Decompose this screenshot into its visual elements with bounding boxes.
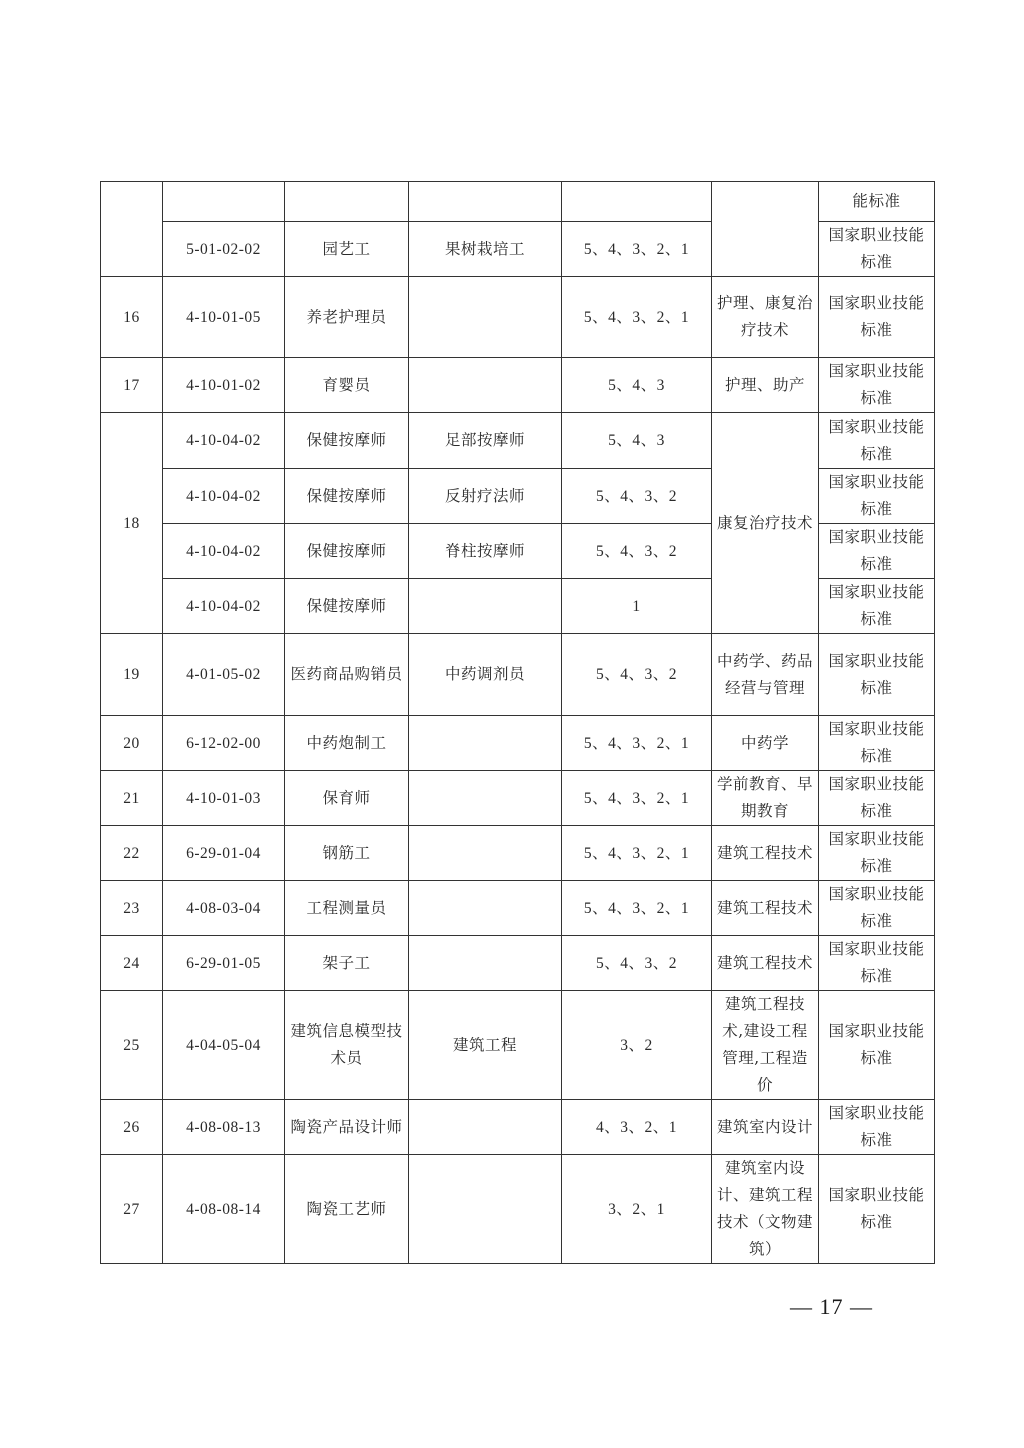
cell-levels: 3、2、1 [562, 1155, 712, 1264]
cell-major: 建筑工程技术,建设工程管理,工程造价 [712, 991, 819, 1100]
cell-name: 育婴员 [285, 358, 409, 413]
document-page: 能标准 5-01-02-02 园艺工 果树栽培工 5、4、3、2、1 国家职业技… [0, 0, 1024, 1448]
cell-no: 25 [101, 991, 163, 1100]
cell-code: 4-10-04-02 [163, 469, 285, 524]
cell-sub [409, 771, 562, 826]
table-row: 18 4-10-04-02 保健按摩师 足部按摩师 5、4、3 康复治疗技术 国… [101, 413, 935, 469]
cell-code: 4-10-01-03 [163, 771, 285, 826]
cell-no: 23 [101, 881, 163, 936]
cell-sub [409, 716, 562, 771]
table-row: 17 4-10-01-02 育婴员 5、4、3 护理、助产 国家职业技能标准 [101, 358, 935, 413]
cell-name: 建筑信息模型技术员 [285, 991, 409, 1100]
cell-sub [409, 936, 562, 991]
cell-no: 22 [101, 826, 163, 881]
table-row: 16 4-10-01-05 养老护理员 5、4、3、2、1 护理、康复治疗技术 … [101, 277, 935, 358]
cell-standard: 国家职业技能标准 [819, 881, 935, 936]
cell-standard: 国家职业技能标准 [819, 579, 935, 634]
cell-no: 17 [101, 358, 163, 413]
table-row: 24 6-29-01-05 架子工 5、4、3、2 建筑工程技术 国家职业技能标… [101, 936, 935, 991]
cell-sub [409, 182, 562, 222]
cell-levels: 5、4、3、2、1 [562, 771, 712, 826]
cell-major: 建筑工程技术 [712, 936, 819, 991]
cell-sub [409, 826, 562, 881]
cell-sub: 建筑工程 [409, 991, 562, 1100]
cell-levels: 5、4、3、2、1 [562, 222, 712, 277]
cell-standard: 国家职业技能标准 [819, 469, 935, 524]
cell-levels: 5、4、3、2、1 [562, 716, 712, 771]
cell-levels [562, 182, 712, 222]
cell-levels: 5、4、3、2、1 [562, 277, 712, 358]
cell-standard: 国家职业技能标准 [819, 936, 935, 991]
cell-no: 20 [101, 716, 163, 771]
cell-major: 康复治疗技术 [712, 413, 819, 634]
cell-levels: 5、4、3、2 [562, 936, 712, 991]
cell-major: 建筑室内设计 [712, 1100, 819, 1155]
cell-no: 16 [101, 277, 163, 358]
cell-standard: 国家职业技能标准 [819, 413, 935, 469]
cell-name: 保健按摩师 [285, 469, 409, 524]
cell-levels: 4、3、2、1 [562, 1100, 712, 1155]
cell-name: 保健按摩师 [285, 524, 409, 579]
cell-standard: 国家职业技能标准 [819, 1155, 935, 1264]
cell-no: 19 [101, 634, 163, 716]
table-row: 22 6-29-01-04 钢筋工 5、4、3、2、1 建筑工程技术 国家职业技… [101, 826, 935, 881]
cell-sub: 果树栽培工 [409, 222, 562, 277]
cell-name: 养老护理员 [285, 277, 409, 358]
cell-code: 5-01-02-02 [163, 222, 285, 277]
cell-name: 陶瓷工艺师 [285, 1155, 409, 1264]
cell-name: 保健按摩师 [285, 413, 409, 469]
cell-levels: 5、4、3 [562, 358, 712, 413]
cell-standard: 国家职业技能标准 [819, 634, 935, 716]
table-row: 27 4-08-08-14 陶瓷工艺师 3、2、1 建筑室内设计、建筑工程技术（… [101, 1155, 935, 1264]
cell-code: 4-10-01-02 [163, 358, 285, 413]
cell-sub [409, 358, 562, 413]
cell-name: 钢筋工 [285, 826, 409, 881]
cell-code: 4-10-04-02 [163, 413, 285, 469]
cell-sub [409, 579, 562, 634]
cell-standard: 国家职业技能标准 [819, 1100, 935, 1155]
cell-major: 建筑室内设计、建筑工程技术（文物建筑） [712, 1155, 819, 1264]
cell-no [101, 182, 163, 277]
cell-name: 保育师 [285, 771, 409, 826]
cell-sub [409, 881, 562, 936]
occupation-standards-table: 能标准 5-01-02-02 园艺工 果树栽培工 5、4、3、2、1 国家职业技… [100, 181, 935, 1264]
cell-code: 4-10-01-05 [163, 277, 285, 358]
cell-code: 4-04-05-04 [163, 991, 285, 1100]
cell-name: 中药炮制工 [285, 716, 409, 771]
cell-levels: 5、4、3、2 [562, 469, 712, 524]
cell-code: 4-08-03-04 [163, 881, 285, 936]
cell-standard: 国家职业技能标准 [819, 277, 935, 358]
cell-sub: 中药调剂员 [409, 634, 562, 716]
table-row: 20 6-12-02-00 中药炮制工 5、4、3、2、1 中药学 国家职业技能… [101, 716, 935, 771]
cell-code [163, 182, 285, 222]
cell-name: 保健按摩师 [285, 579, 409, 634]
cell-standard: 国家职业技能标准 [819, 222, 935, 277]
cell-no: 21 [101, 771, 163, 826]
cell-no: 27 [101, 1155, 163, 1264]
cell-code: 4-08-08-13 [163, 1100, 285, 1155]
cell-code: 4-10-04-02 [163, 579, 285, 634]
cell-name: 园艺工 [285, 222, 409, 277]
cell-code: 6-12-02-00 [163, 716, 285, 771]
cell-sub: 反射疗法师 [409, 469, 562, 524]
cell-major: 护理、助产 [712, 358, 819, 413]
cell-name [285, 182, 409, 222]
cell-major: 中药学、药品经营与管理 [712, 634, 819, 716]
cell-standard: 国家职业技能标准 [819, 358, 935, 413]
table-row: 25 4-04-05-04 建筑信息模型技术员 建筑工程 3、2 建筑工程技术,… [101, 991, 935, 1100]
cell-major: 学前教育、早期教育 [712, 771, 819, 826]
cell-standard: 国家职业技能标准 [819, 524, 935, 579]
cell-sub [409, 1155, 562, 1264]
table-row: 26 4-08-08-13 陶瓷产品设计师 4、3、2、1 建筑室内设计 国家职… [101, 1100, 935, 1155]
cell-standard: 能标准 [819, 182, 935, 222]
cell-code: 4-08-08-14 [163, 1155, 285, 1264]
table-row: 23 4-08-03-04 工程测量员 5、4、3、2、1 建筑工程技术 国家职… [101, 881, 935, 936]
cell-major: 中药学 [712, 716, 819, 771]
table-row: 19 4-01-05-02 医药商品购销员 中药调剂员 5、4、3、2 中药学、… [101, 634, 935, 716]
cell-no: 24 [101, 936, 163, 991]
cell-levels: 5、4、3、2 [562, 524, 712, 579]
cell-standard: 国家职业技能标准 [819, 771, 935, 826]
cell-standard: 国家职业技能标准 [819, 826, 935, 881]
page-number: — 17 — [790, 1294, 873, 1320]
cell-levels: 5、4、3、2、1 [562, 826, 712, 881]
cell-code: 4-10-04-02 [163, 524, 285, 579]
cell-sub: 足部按摩师 [409, 413, 562, 469]
cell-no: 18 [101, 413, 163, 634]
cell-levels: 1 [562, 579, 712, 634]
cell-sub [409, 1100, 562, 1155]
cell-no: 26 [101, 1100, 163, 1155]
cell-code: 4-01-05-02 [163, 634, 285, 716]
cell-major [712, 182, 819, 277]
cell-name: 架子工 [285, 936, 409, 991]
cell-standard: 国家职业技能标准 [819, 716, 935, 771]
cell-code: 6-29-01-05 [163, 936, 285, 991]
cell-major: 建筑工程技术 [712, 881, 819, 936]
cell-levels: 5、4、3、2、1 [562, 881, 712, 936]
cell-major: 护理、康复治疗技术 [712, 277, 819, 358]
cell-sub: 脊柱按摩师 [409, 524, 562, 579]
cell-levels: 5、4、3、2 [562, 634, 712, 716]
cell-name: 陶瓷产品设计师 [285, 1100, 409, 1155]
cell-code: 6-29-01-04 [163, 826, 285, 881]
cell-levels: 3、2 [562, 991, 712, 1100]
cell-name: 医药商品购销员 [285, 634, 409, 716]
cell-name: 工程测量员 [285, 881, 409, 936]
cell-standard: 国家职业技能标准 [819, 991, 935, 1100]
cell-levels: 5、4、3 [562, 413, 712, 469]
table-row: 21 4-10-01-03 保育师 5、4、3、2、1 学前教育、早期教育 国家… [101, 771, 935, 826]
cell-major: 建筑工程技术 [712, 826, 819, 881]
cell-sub [409, 277, 562, 358]
table-row: 能标准 [101, 182, 935, 222]
